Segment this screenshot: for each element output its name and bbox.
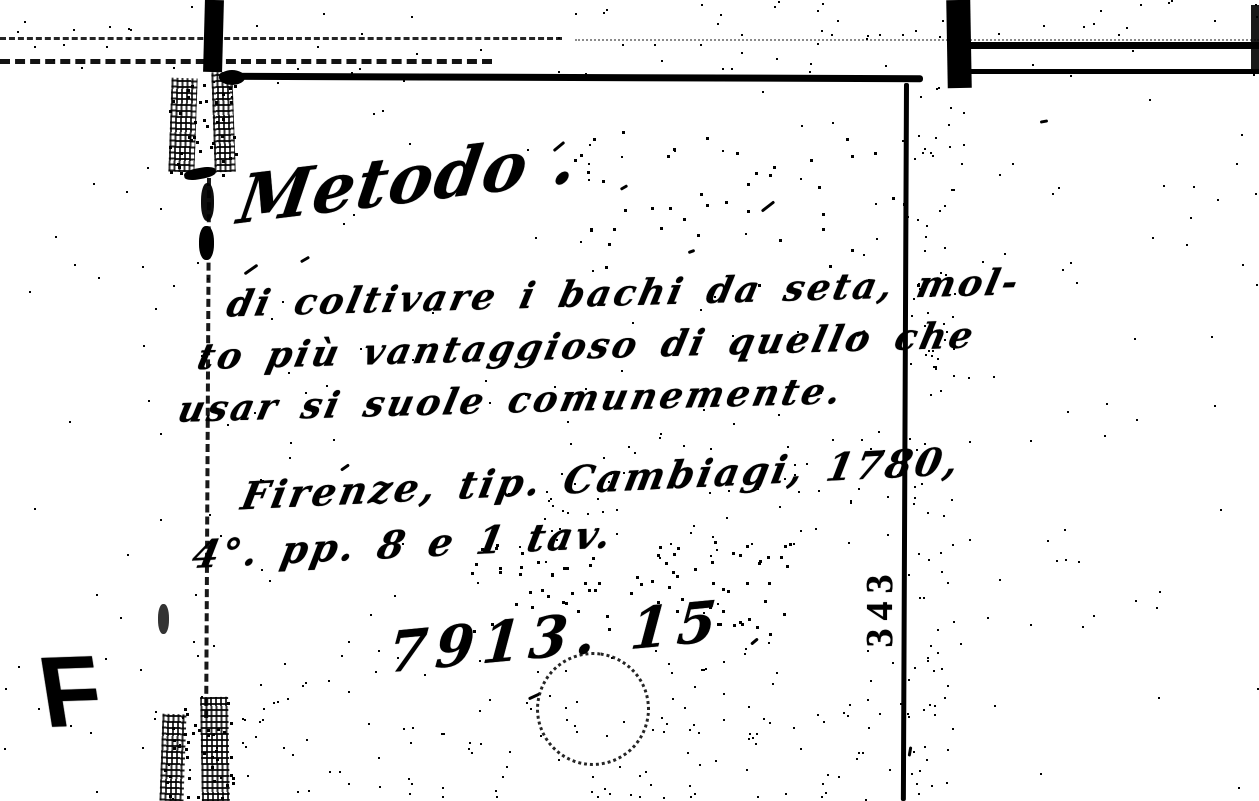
scan-noise-dash — [1040, 119, 1048, 123]
card-title-handwritten: Metodo . — [233, 118, 585, 240]
scan-noise-dash — [300, 256, 310, 264]
scanned-catalog-card: Metodo . di coltivare i bachi da seta, m… — [0, 0, 1259, 801]
scan-noise-dash — [244, 264, 259, 276]
scan-noise-dash — [688, 249, 696, 254]
scan-noise-specks — [0, 0, 2, 2]
scan-noise-specks — [0, 0, 2, 2]
left-bottom-speckle-column-inner — [200, 697, 230, 801]
scan-noise-specks — [0, 0, 2, 2]
scan-noise-dash — [761, 200, 775, 212]
scan-noise-dash — [750, 637, 759, 645]
top-edge-line-left — [0, 37, 562, 40]
scan-noise-dash — [908, 746, 913, 756]
left-hinge-speckle-column-outer — [168, 78, 197, 173]
scan-noise-specks — [0, 0, 2, 2]
left-hinge-speckle-column-inner — [211, 72, 235, 173]
scan-noise-specks — [0, 0, 2, 2]
left-margin-mark — [158, 604, 169, 634]
upper-card-bottom-edge — [0, 59, 492, 64]
scan-noise-specks — [0, 0, 3, 3]
rotated-edge-number-printed: 343 — [858, 552, 902, 662]
corner-letter-printed: F — [32, 641, 109, 743]
scan-noise-specks — [0, 0, 3, 3]
top-left-edge-bar — [203, 0, 224, 72]
left-bottom-speckle-column-outer — [159, 714, 186, 801]
card-imprint-handwritten: Firenze, tip. Cambiagi, 1780, 4°. pp. 8 … — [187, 433, 966, 583]
top-edge-line-right — [575, 39, 1259, 41]
scan-noise-dash — [620, 184, 628, 191]
left-border-dash-mark-2 — [199, 226, 214, 260]
left-border-dash-mark-1 — [201, 183, 214, 221]
adjacent-card-edge-line-lower — [964, 69, 1259, 74]
scan-noise-specks — [0, 0, 3, 3]
card-description-handwritten: di coltivare i bachi da seta, mol- to pi… — [173, 256, 1026, 436]
card-top-border — [219, 73, 923, 82]
right-margin-tick — [1251, 5, 1259, 73]
scan-noise-specks — [0, 0, 3, 3]
adjacent-card-edge-line-upper — [954, 42, 1259, 49]
